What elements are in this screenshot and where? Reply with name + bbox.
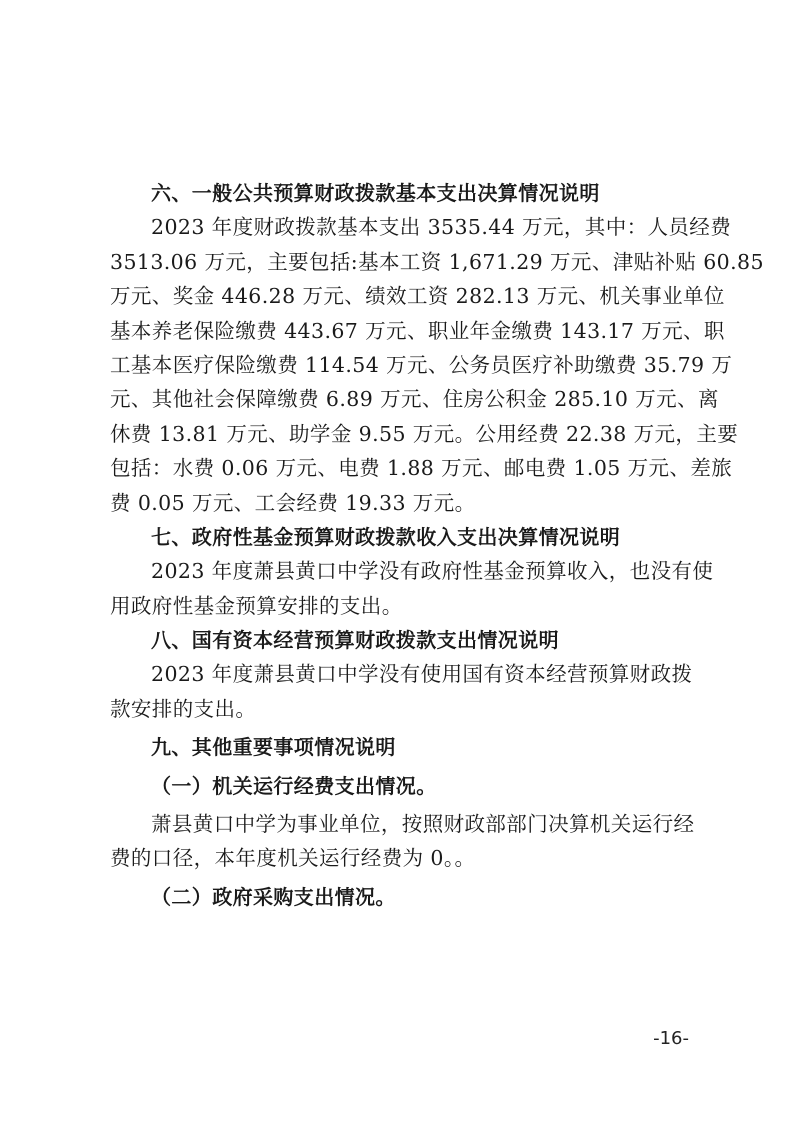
paragraph-line: 费的口径，本年度机关运行经费为 0。。 [110, 841, 688, 875]
paragraph-line: 元、其他社会保障缴费 6.89 万元、住房公积金 285.10 万元、离 [110, 382, 688, 416]
paragraph-line: 2023 年度萧县黄口中学没有政府性基金预算收入，也没有使 [110, 554, 688, 588]
page-number: -16- [653, 1028, 689, 1049]
paragraph-line: 萧县黄口中学为事业单位，按照财政部部门决算机关运行经 [110, 807, 688, 841]
paragraph-line: 费 0.05 万元、工会经费 19.33 万元。 [110, 486, 688, 520]
paragraph-line: 款安排的支出。 [110, 692, 688, 726]
subsection-heading-2: （二）政府采购支出情况。 [110, 880, 688, 914]
paragraph-line: 万元、奖金 446.28 万元、绩效工资 282.13 万元、机关事业单位 [110, 279, 688, 313]
paragraph-line: 包括：水费 0.06 万元、电费 1.88 万元、邮电费 1.05 万元、差旅 [110, 451, 688, 485]
paragraph-line: 2023 年度萧县黄口中学没有使用国有资本经营预算财政拨 [110, 657, 688, 691]
section-heading-6: 六、一般公共预算财政拨款基本支出决算情况说明 [110, 176, 688, 210]
paragraph-line: 2023 年度财政拨款基本支出 3535.44 万元，其中：人员经费 [110, 210, 688, 244]
paragraph-line: 工基本医疗保险缴费 114.54 万元、公务员医疗补助缴费 35.79 万 [110, 348, 688, 382]
subsection-heading-1: （一）机关运行经费支出情况。 [110, 769, 688, 803]
section-heading-8: 八、国有资本经营预算财政拨款支出情况说明 [110, 623, 688, 657]
section-heading-9: 九、其他重要事项情况说明 [110, 730, 688, 764]
paragraph-line: 3513.06 万元，主要包括:基本工资 1,671.29 万元、津贴补贴 60… [110, 245, 688, 279]
paragraph-line: 基本养老保险缴费 443.67 万元、职业年金缴费 143.17 万元、职 [110, 314, 688, 348]
paragraph-line: 用政府性基金预算安排的支出。 [110, 589, 688, 623]
document-page: 六、一般公共预算财政拨款基本支出决算情况说明 2023 年度财政拨款基本支出 3… [110, 176, 688, 914]
section-heading-7: 七、政府性基金预算财政拨款收入支出决算情况说明 [110, 520, 688, 554]
paragraph-line: 休费 13.81 万元、助学金 9.55 万元。公用经费 22.38 万元，主要 [110, 417, 688, 451]
